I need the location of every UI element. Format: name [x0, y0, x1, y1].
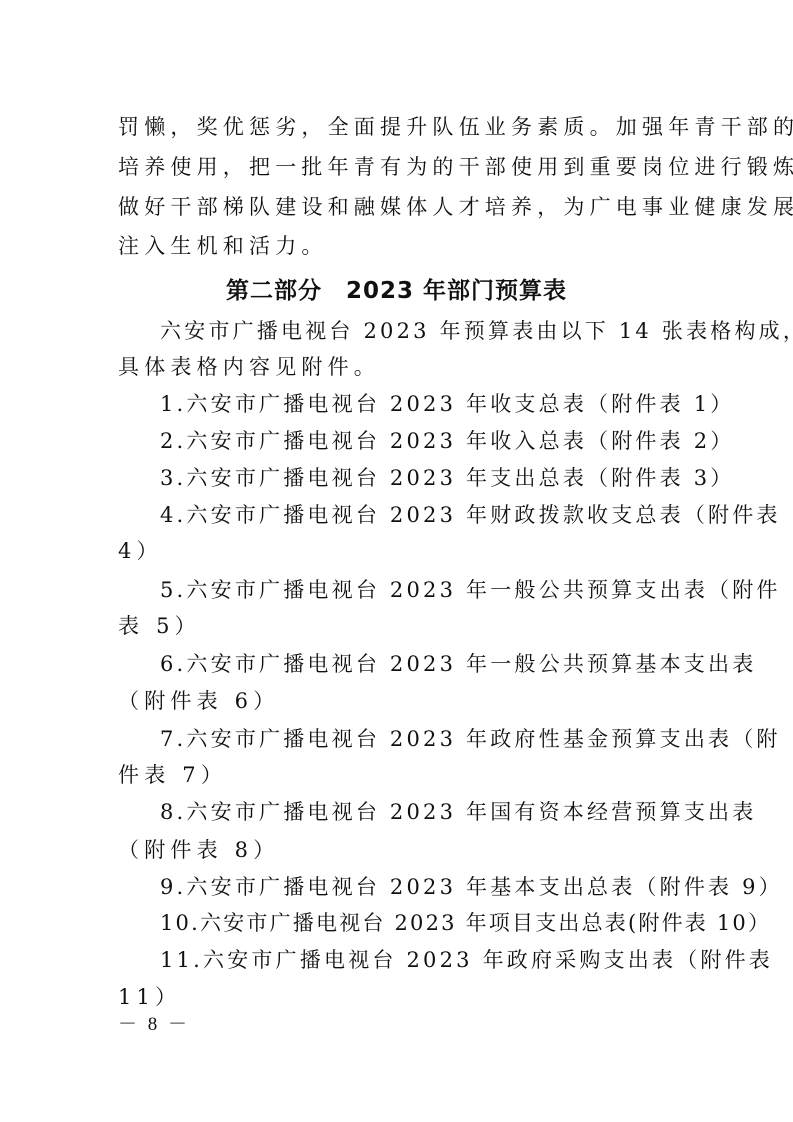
list-item: 10.六安市广播电视台 2023 年项目支出总表(附件表 10） — [160, 909, 680, 937]
paragraph-line: 做好干部梯队建设和融媒体人才培养，为广电事业健康发展 — [118, 193, 680, 221]
list-item: 8.六安市广播电视台 2023 年国有资本经营预算支出表 — [160, 798, 680, 826]
list-item: 3.六安市广播电视台 2023 年支出总表（附件表 3） — [160, 464, 680, 492]
list-item-continuation: 表 5） — [118, 612, 680, 640]
page-number: － 8 － — [118, 1013, 190, 1037]
section-title: 第二部分 2023 年部门预算表 — [0, 276, 793, 306]
list-item-continuation: （附件表 8） — [118, 836, 680, 864]
list-item: 6.六安市广播电视台 2023 年一般公共预算基本支出表 — [160, 650, 680, 678]
paragraph-line: 六安市广播电视台 2023 年预算表由以下 14 张表格构成， — [160, 317, 680, 345]
list-item: 7.六安市广播电视台 2023 年政府性基金预算支出表（附 — [160, 725, 680, 753]
list-item-continuation: （附件表 6） — [118, 687, 680, 715]
paragraph-line: 培养使用，把一批年青有为的干部使用到重要岗位进行锻炼， — [118, 153, 680, 181]
list-item: 5.六安市广播电视台 2023 年一般公共预算支出表（附件 — [160, 576, 680, 604]
list-item: 4.六安市广播电视台 2023 年财政拨款收支总表（附件表 — [160, 501, 680, 529]
paragraph-line: 具体表格内容见附件。 — [118, 353, 680, 381]
list-item-continuation: 11） — [118, 983, 680, 1011]
list-item: 11.六安市广播电视台 2023 年政府采购支出表（附件表 — [160, 946, 680, 974]
list-item: 9.六安市广播电视台 2023 年基本支出总表（附件表 9） — [160, 873, 680, 901]
paragraph-line: 注入生机和活力。 — [118, 232, 680, 260]
list-item: 1.六安市广播电视台 2023 年收支总表（附件表 1） — [160, 390, 680, 418]
list-item: 2.六安市广播电视台 2023 年收入总表（附件表 2） — [160, 427, 680, 455]
list-item-continuation: 件表 7） — [118, 761, 680, 789]
list-item-continuation: 4） — [118, 537, 680, 565]
paragraph-line: 罚懒，奖优惩劣，全面提升队伍业务素质。加强年青干部的 — [118, 113, 680, 141]
